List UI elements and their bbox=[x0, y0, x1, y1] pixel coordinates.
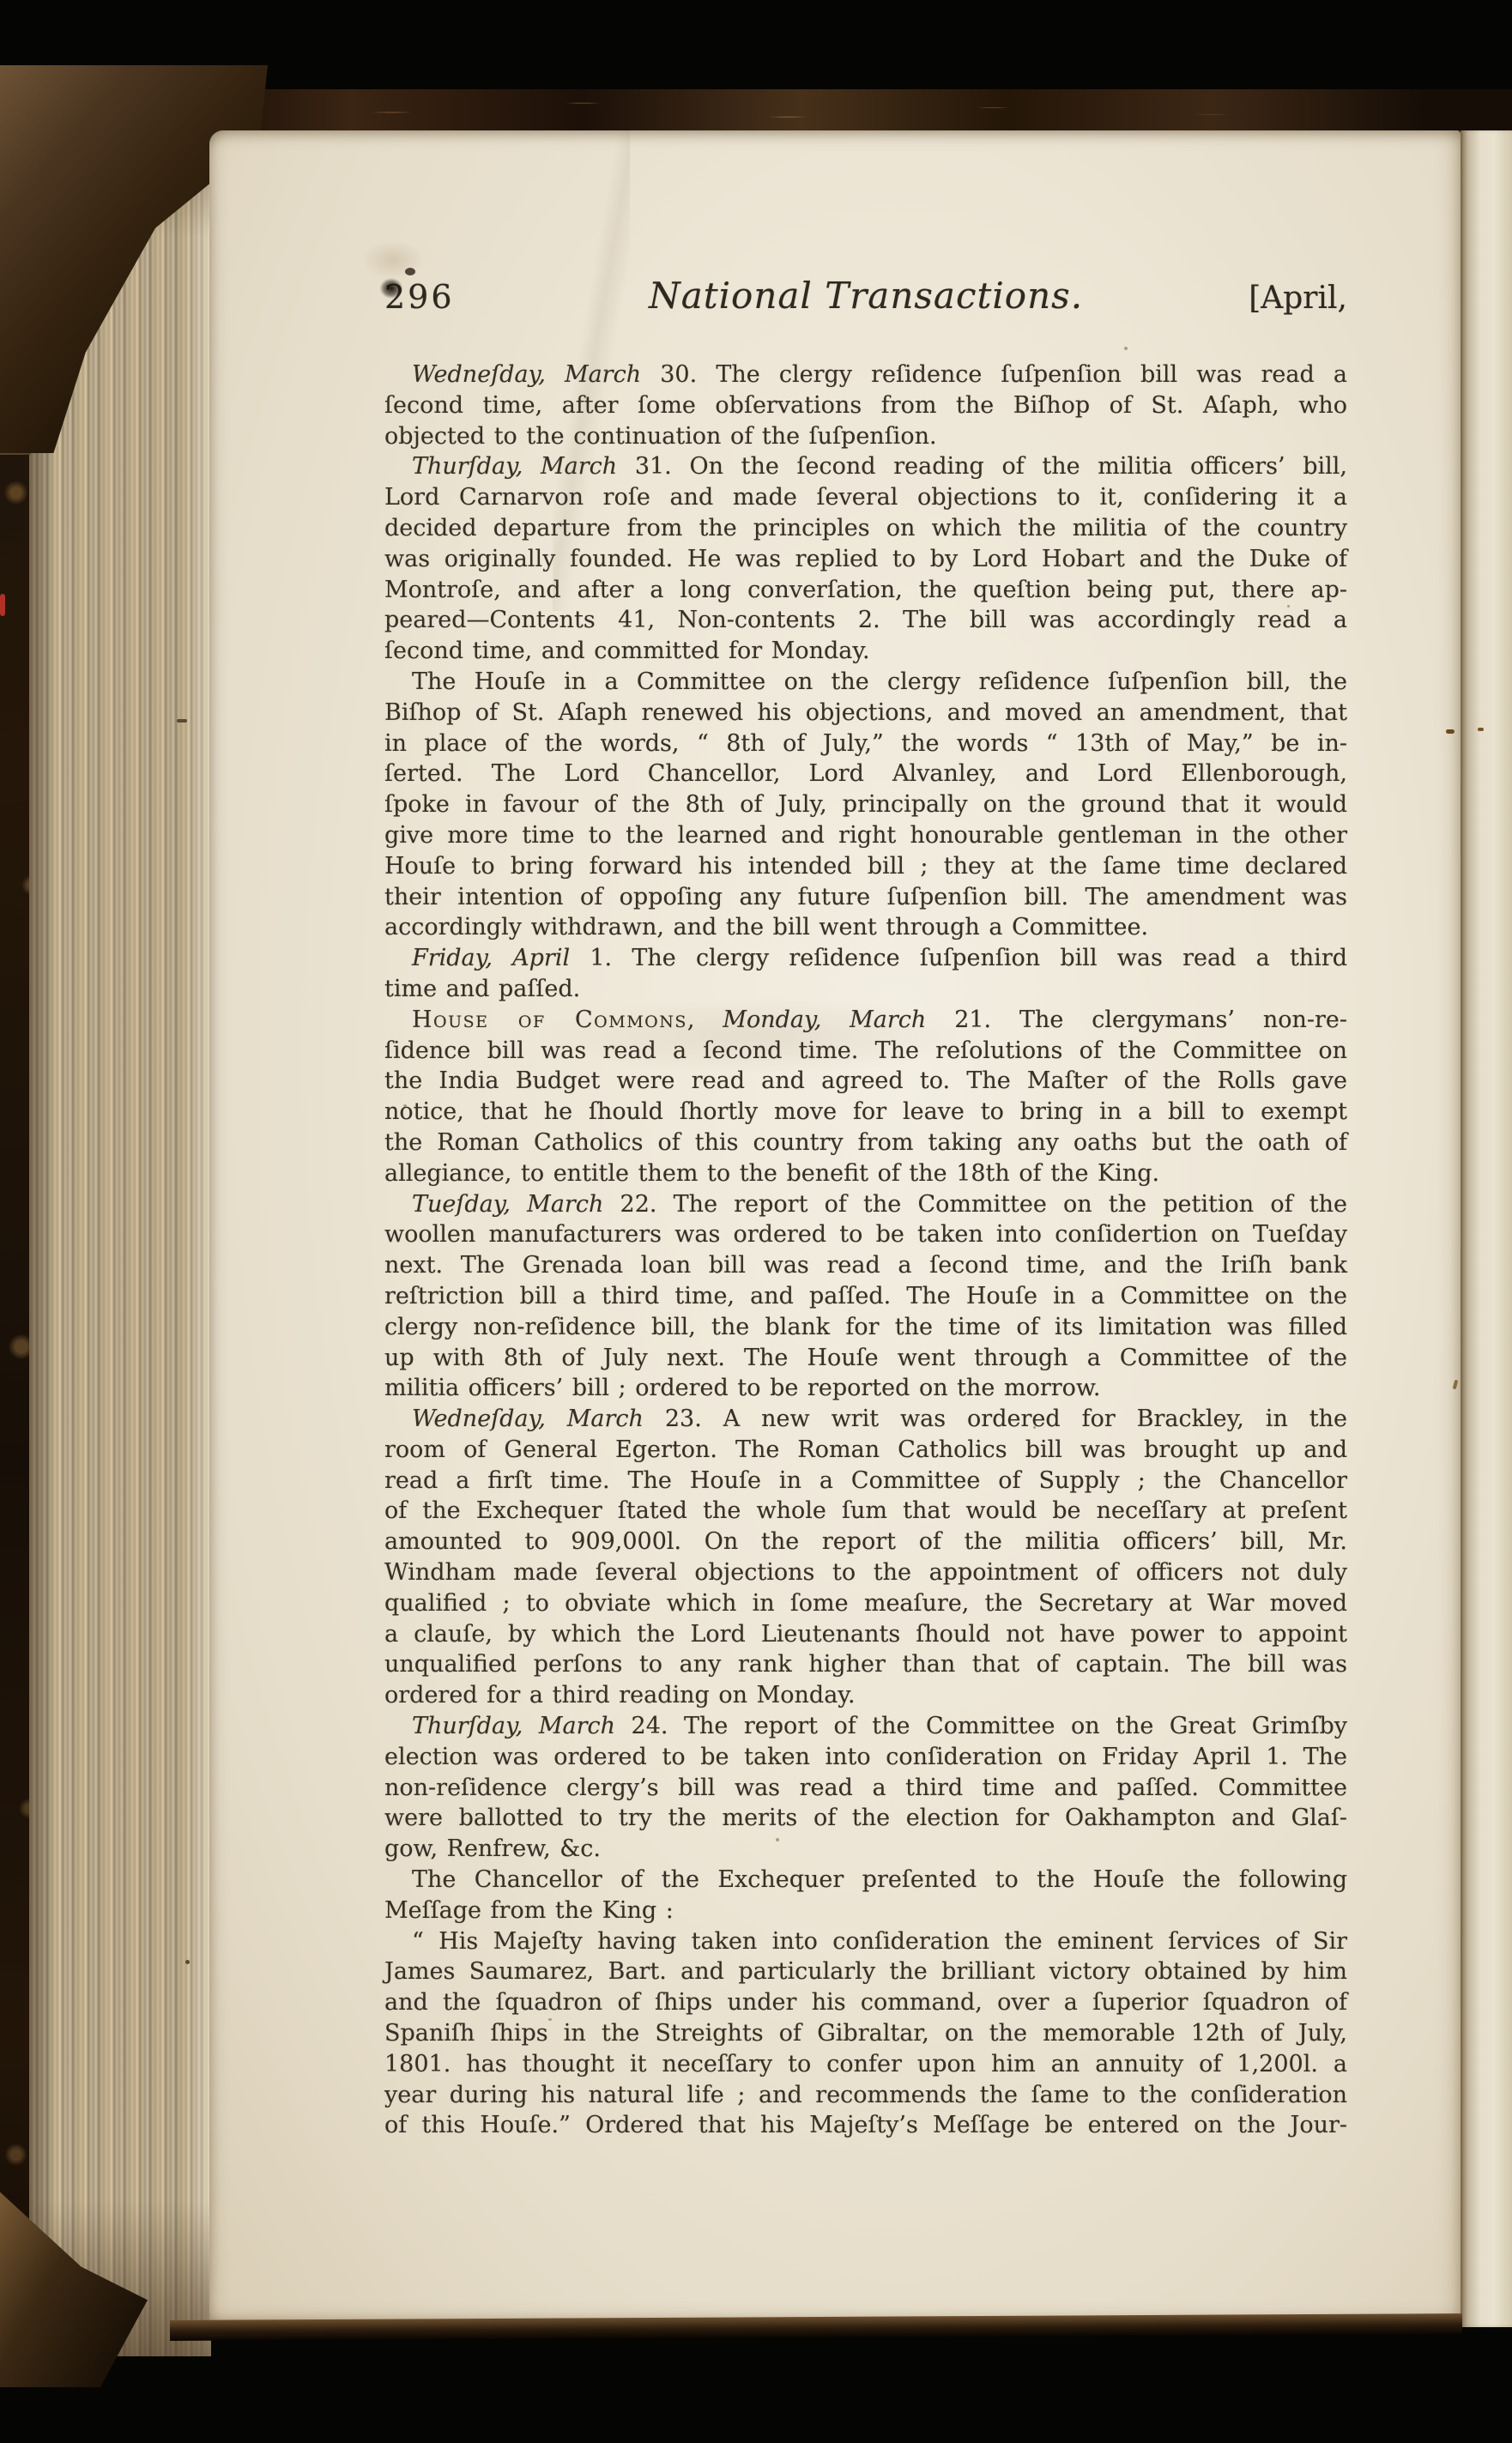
text-line: ordered for a third reading on Monday. bbox=[384, 1680, 1347, 1711]
body-text-segment: 1801. has thought it neceſſary to confer… bbox=[384, 2051, 1347, 2077]
date-heading-text: Tueſday, March bbox=[412, 1191, 603, 1218]
text-line: peared—Contents 41, Non-contents 2. The … bbox=[384, 605, 1347, 636]
text-line: election was ordered to be taken into co… bbox=[384, 1742, 1347, 1773]
body-text-segment: Windham made ſeveral objections to the a… bbox=[384, 1559, 1347, 1586]
body-text-segment: The Chancellor of the Exchequer preſente… bbox=[412, 1866, 1347, 1893]
text-line: Windham made ſeveral objections to the a… bbox=[384, 1557, 1347, 1588]
adjacent-page-edge bbox=[1461, 130, 1512, 2327]
text-line: and the ſquadron of ſhips under his comm… bbox=[384, 1987, 1347, 2018]
body-text-segment: a clauſe, by which the Lord Lieutenants … bbox=[384, 1621, 1347, 1648]
paper-speck bbox=[548, 2018, 552, 2021]
text-line: ſecond time, and committed for Monday. bbox=[384, 636, 1347, 667]
body-text-segment: Spaniſh ſhips in the Streights of Gibral… bbox=[384, 2020, 1347, 2047]
body-text-segment: of the Exchequer ſtated the whole ſum th… bbox=[384, 1497, 1347, 1524]
paper-speck bbox=[1124, 347, 1128, 350]
text-line: Meſſage from the King : bbox=[384, 1896, 1347, 1926]
paper-speck bbox=[1287, 605, 1290, 608]
text-line: woollen manufacturers was ordered to be … bbox=[384, 1219, 1347, 1250]
margin-speck bbox=[1478, 728, 1484, 731]
body-text-segment: 23. A new writ was ordered for Brackley,… bbox=[644, 1406, 1347, 1432]
date-heading-text: Friday, April bbox=[412, 945, 570, 971]
body-text-segment: ſpoke in favour of the 8th of July, prin… bbox=[384, 791, 1347, 818]
text-line: the Roman Catholics of this country from… bbox=[384, 1128, 1347, 1158]
issue-month: [April, bbox=[1249, 281, 1347, 316]
body-text-segment: , bbox=[687, 1007, 723, 1033]
body-text-segment: up with 8th of July next. The Houſe went… bbox=[384, 1345, 1347, 1371]
text-line: year during his natural life ; and recom… bbox=[384, 2080, 1347, 2111]
book-photo: { "colors": { "background": "#050504", "… bbox=[0, 0, 1512, 2443]
text-line: of this Houſe.” Ordered that his Majeſty… bbox=[384, 2110, 1347, 2141]
body-text-segment: “ His Majeſty having taken into conſider… bbox=[412, 1928, 1347, 1955]
body-text-segment: The Houſe in a Committee on the clergy r… bbox=[412, 668, 1347, 695]
paper-speck bbox=[403, 1104, 407, 1107]
paper-speck bbox=[776, 1838, 779, 1841]
text-line: objected to the continuation of the ſuſp… bbox=[384, 421, 1347, 452]
text-line: militia officers’ bill ; ordered to be r… bbox=[384, 1373, 1347, 1404]
body-text-segment: in place of the words, “ 8th of July,” t… bbox=[384, 730, 1347, 757]
date-heading-text: Thurſday, March bbox=[412, 453, 617, 480]
text-line: House of Commons, Monday, March 21. The … bbox=[384, 1005, 1347, 1036]
body-text-segment: militia officers’ bill ; ordered to be r… bbox=[384, 1375, 1100, 1401]
text-line: Wedneſday, March 23. A new writ was orde… bbox=[384, 1404, 1347, 1435]
text-line: Wedneſday, March 30. The clergy reſidenc… bbox=[384, 360, 1347, 390]
body-text-segment: accordingly withdrawn, and the bill went… bbox=[384, 914, 1148, 940]
body-text-segment: year during his natural life ; and recom… bbox=[384, 2082, 1347, 2108]
text-line: in place of the words, “ 8th of July,” t… bbox=[384, 729, 1347, 759]
text-line: ſidence bill was read a ſecond time. The… bbox=[384, 1036, 1347, 1067]
body-text-segment: allegiance, to entitle them to the benef… bbox=[384, 1160, 1159, 1187]
text-line: Thurſday, March 31. On the ſecond readin… bbox=[384, 451, 1347, 482]
text-line: Tueſday, March 22. The report of the Com… bbox=[384, 1189, 1347, 1220]
body-text-segment: ſerted. The Lord Chancellor, Lord Alvanl… bbox=[384, 760, 1347, 787]
paper-speck bbox=[604, 369, 608, 372]
margin-dash-mark bbox=[177, 719, 187, 723]
body-text-segment: next. The Grenada loan bill was read a ſ… bbox=[384, 1252, 1347, 1279]
body-text-segment: 21. The clergymans’ non-re- bbox=[926, 1007, 1347, 1033]
body-text-segment: 22. The report of the Committee on the p… bbox=[603, 1191, 1347, 1218]
paper-speck bbox=[1033, 1426, 1036, 1429]
text-line: Lord Carnarvon roſe and made ſeveral obj… bbox=[384, 482, 1347, 513]
text-line: ſecond time, after ſome obſervations fro… bbox=[384, 390, 1347, 421]
body-text-segment: of this Houſe.” Ordered that his Majeſty… bbox=[384, 2112, 1347, 2138]
body-text-segment: reſtriction bill a third time, and paſſe… bbox=[384, 1283, 1347, 1309]
text-line: Biſhop of St. Aſaph renewed his objectio… bbox=[384, 698, 1347, 729]
body-text-segment: ſecond time, and committed for Monday. bbox=[384, 638, 870, 664]
body-text-segment: James Saumarez, Bart. and particularly t… bbox=[384, 1958, 1347, 1985]
text-line: up with 8th of July next. The Houſe went… bbox=[384, 1343, 1347, 1374]
text-line: were ballotted to try the merits of the … bbox=[384, 1803, 1347, 1834]
body-text-segment: Lord Carnarvon roſe and made ſeveral obj… bbox=[384, 484, 1347, 511]
body-text-segment: qualified ; to obviate which in ſome mea… bbox=[384, 1590, 1347, 1617]
page-header: 296 National Transactions. [April, bbox=[384, 275, 1347, 328]
body-text-segment: read a firſt time. The Houſe in a Commit… bbox=[384, 1467, 1347, 1494]
page-fore-edge bbox=[29, 125, 211, 2356]
text-line: read a firſt time. The Houſe in a Commit… bbox=[384, 1466, 1347, 1497]
body-text-segment: ſecond time, after ſome obſervations fro… bbox=[384, 392, 1347, 419]
body-text-segment: 30. The clergy reſidence ſuſpenſion bill… bbox=[641, 361, 1347, 388]
body-text-segment: notice, that he ſhould ſhortly move for … bbox=[384, 1098, 1347, 1125]
text-line: ſerted. The Lord Chancellor, Lord Alvanl… bbox=[384, 759, 1347, 789]
text-line: give more time to the learned and right … bbox=[384, 820, 1347, 851]
body-text-segment: Meſſage from the King : bbox=[384, 1897, 674, 1924]
body-text-segment: non-reſidence clergy’s bill was read a t… bbox=[384, 1775, 1347, 1801]
text-line: qualified ; to obviate which in ſome mea… bbox=[384, 1588, 1347, 1619]
text-line: unqualified perſons to any rank higher t… bbox=[384, 1649, 1347, 1680]
text-line: ſpoke in favour of the 8th of July, prin… bbox=[384, 789, 1347, 820]
text-line: non-reſidence clergy’s bill was read a t… bbox=[384, 1773, 1347, 1804]
body-text-segment: amounted to 909,000l. On the report of t… bbox=[384, 1528, 1347, 1555]
text-line: amounted to 909,000l. On the report of t… bbox=[384, 1527, 1347, 1557]
body-text-segment: 1. The clergy reſidence ſuſpenſion bill … bbox=[570, 945, 1347, 971]
text-line: The Houſe in a Committee on the clergy r… bbox=[384, 667, 1347, 698]
body-text-segment: their intention of oppoſing any future ſ… bbox=[384, 884, 1347, 910]
text-line: of the Exchequer ſtated the whole ſum th… bbox=[384, 1496, 1347, 1527]
date-heading-text: Thurſday, March bbox=[412, 1713, 615, 1739]
body-text-segment: ſidence bill was read a ſecond time. The… bbox=[384, 1037, 1347, 1064]
text-line: accordingly withdrawn, and the bill went… bbox=[384, 912, 1347, 943]
body-text-segment: the India Budget were read and agreed to… bbox=[384, 1067, 1347, 1094]
ink-smudge bbox=[376, 275, 407, 302]
body-text-segment: peared—Contents 41, Non-contents 2. The … bbox=[384, 607, 1347, 633]
text-line: “ His Majeſty having taken into conſider… bbox=[384, 1926, 1347, 1957]
text-line: a clauſe, by which the Lord Lieutenants … bbox=[384, 1619, 1347, 1650]
body-text-segment: give more time to the learned and right … bbox=[384, 822, 1347, 849]
body-text-segment: ordered for a third reading on Monday. bbox=[384, 1682, 856, 1708]
red-mark bbox=[0, 594, 5, 616]
smallcaps-heading-text: House of Commons bbox=[412, 1007, 687, 1033]
date-heading-text: Wedneſday, March bbox=[412, 361, 641, 388]
body-text-segment: clergy non-reſidence bill, the blank for… bbox=[384, 1314, 1347, 1340]
ink-smudge-small bbox=[405, 268, 415, 275]
text-line: allegiance, to entitle them to the benef… bbox=[384, 1158, 1347, 1189]
body-text-segment: the Roman Catholics of this country from… bbox=[384, 1129, 1347, 1156]
text-line: Spaniſh ſhips in the Streights of Gibral… bbox=[384, 2018, 1347, 2049]
running-title: National Transactions. bbox=[649, 275, 1083, 317]
body-text-segment: 31. On the ſecond reading of the militia… bbox=[617, 453, 1347, 480]
body-text-segment: unqualified perſons to any rank higher t… bbox=[384, 1651, 1347, 1678]
text-line: gow, Renfrew, &c. bbox=[384, 1834, 1347, 1865]
body-text: Wedneſday, March 30. The clergy reſidenc… bbox=[384, 360, 1347, 2141]
text-line: next. The Grenada loan bill was read a ſ… bbox=[384, 1250, 1347, 1281]
body-text-segment: gow, Renfrew, &c. bbox=[384, 1835, 601, 1862]
body-text-segment: decided departure from the principles on… bbox=[384, 515, 1347, 541]
body-text-segment: 24. The report of the Committee on the G… bbox=[615, 1713, 1347, 1739]
text-line: their intention of oppoſing any future ſ… bbox=[384, 882, 1347, 913]
text-line: 1801. has thought it neceſſary to confer… bbox=[384, 2049, 1347, 2080]
text-line: decided departure from the principles on… bbox=[384, 513, 1347, 544]
body-text-segment: time and paſſed. bbox=[384, 976, 580, 1002]
text-line: was originally founded. He was replied t… bbox=[384, 544, 1347, 575]
text-line: notice, that he ſhould ſhortly move for … bbox=[384, 1097, 1347, 1128]
text-line: Thurſday, March 24. The report of the Co… bbox=[384, 1711, 1347, 1742]
text-line: time and paſſed. bbox=[384, 974, 1347, 1005]
text-line: clergy non-reſidence bill, the blank for… bbox=[384, 1312, 1347, 1343]
body-text-segment: Montroſe, and after a long converſation,… bbox=[384, 577, 1347, 603]
text-line: Friday, April 1. The clergy reſidence ſu… bbox=[384, 943, 1347, 974]
paper-speck bbox=[467, 740, 469, 742]
body-text-segment: woollen manufacturers was ordered to be … bbox=[384, 1221, 1347, 1248]
margin-speck bbox=[1446, 729, 1455, 734]
body-text-segment: objected to the continuation of the ſuſp… bbox=[384, 423, 937, 450]
body-text-segment: Houſe to bring forward his intended bill… bbox=[384, 853, 1347, 880]
text-line: the India Budget were read and agreed to… bbox=[384, 1066, 1347, 1097]
body-text-segment: Biſhop of St. Aſaph renewed his objectio… bbox=[384, 699, 1347, 726]
body-text-segment: room of General Egerton. The Roman Catho… bbox=[384, 1436, 1347, 1463]
body-text-segment: was originally founded. He was replied t… bbox=[384, 546, 1347, 572]
text-line: reſtriction bill a third time, and paſſe… bbox=[384, 1281, 1347, 1312]
date-heading-text: Wedneſday, March bbox=[412, 1406, 644, 1432]
book-page: 296 National Transactions. [April, Wedne… bbox=[209, 130, 1461, 2324]
body-text-segment: were ballotted to try the merits of the … bbox=[384, 1805, 1347, 1831]
body-text-segment: and the ſquadron of ſhips under his comm… bbox=[384, 1989, 1347, 2016]
text-line: James Saumarez, Bart. and particularly t… bbox=[384, 1956, 1347, 1987]
text-line: Houſe to bring forward his intended bill… bbox=[384, 851, 1347, 882]
date-heading-text: Monday, March bbox=[723, 1007, 926, 1033]
margin-dot-mark bbox=[185, 1960, 190, 1964]
body-text-segment: election was ordered to be taken into co… bbox=[384, 1744, 1347, 1770]
text-line: room of General Egerton. The Roman Catho… bbox=[384, 1435, 1347, 1466]
text-line: The Chancellor of the Exchequer preſente… bbox=[384, 1865, 1347, 1896]
text-line: Montroſe, and after a long converſation,… bbox=[384, 575, 1347, 606]
